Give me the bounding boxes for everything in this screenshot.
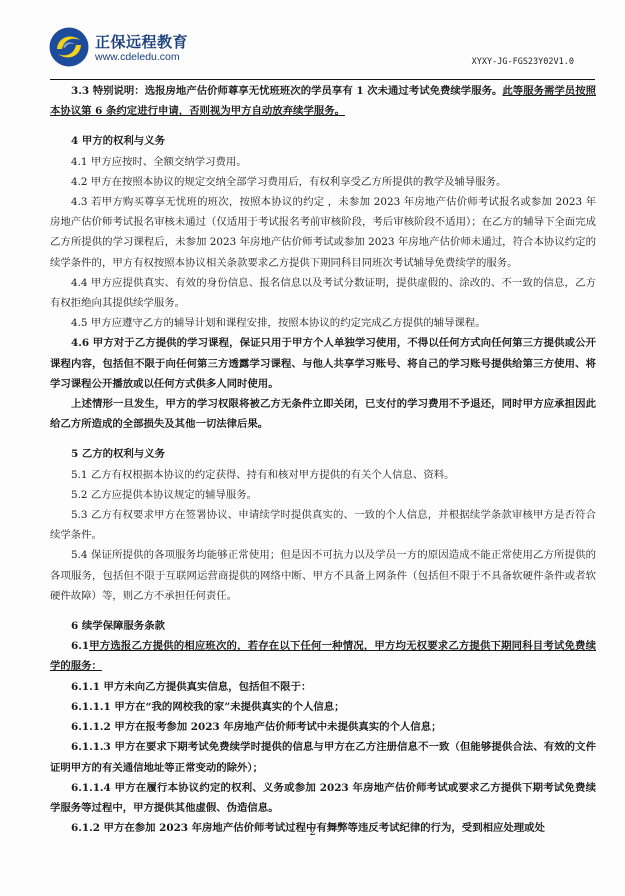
- cdeledu-logo-icon: [49, 27, 89, 67]
- clause-4-2: 4.2 甲方在按照本协议的规定交纳全部学习费用后，有权利享受乙方所提供的教学及辅…: [50, 172, 596, 192]
- section-6-title: 6 续学保障服务条款: [50, 616, 596, 636]
- clause-6-1: 6.1甲方选报乙方提供的相应班次的，若存在以下任何一种情况，甲方均无权要求乙方提…: [50, 636, 596, 676]
- page-header: 正保远程教育 www.cdeledu.com XYXY-JG-FGS23Y02V…: [47, 27, 602, 79]
- clause-6-1-1: 6.1.1 甲方未向乙方提供真实信息，包括但不限于：: [50, 677, 596, 697]
- header-divider: [50, 79, 595, 80]
- clause-6-1-1-2: 6.1.1.2 甲方在报考参加 2023 年房地产估价师考试中未提供真实的个人信…: [50, 717, 596, 737]
- clause-4-6: 4.6 甲方对于乙方提供的学习课程，保证只用于甲方个人单独学习使用，不得以任何方…: [50, 333, 596, 394]
- clause-4-6-consequence: 上述情形一旦发生，甲方的学习权限将被乙方无条件立即关闭，已支付的学习费用不予退还…: [50, 394, 596, 434]
- section-5-title: 5 乙方的权利与义务: [50, 444, 596, 464]
- clause-3-3: 3.3 特别说明：选报房地产估价师尊享无忧班班次的学员享有 1 次未通过考试免费…: [50, 81, 596, 121]
- clause-4-5: 4.5 甲方应遵守乙方的辅导计划和课程安排，按照本协议的约定完成乙方提供的辅导课…: [50, 313, 596, 333]
- clause-3-3-text: 3.3 特别说明：选报房地产估价师尊享无忧班班次的学员享有 1 次未通过考试免费…: [71, 85, 502, 97]
- clause-5-1: 5.1 乙方有权根据本协议的约定获得、持有和核对甲方提供的有关个人信息、资料。: [50, 465, 596, 485]
- clause-6-1-1-3: 6.1.1.3 甲方在要求下期考试免费续学时提供的信息与甲方在乙方注册信息不一致…: [50, 737, 596, 777]
- brand-name: 正保远程教育: [95, 31, 188, 52]
- document-code: XYXY-JG-FGS23Y02V1.0: [472, 57, 574, 67]
- clause-6-1-1-1: 6.1.1.1 甲方在“我的网校我的家”未提供真实的个人信息；: [50, 697, 596, 717]
- clause-4-1: 4.1 甲方应按时、全额交纳学习费用。: [50, 152, 596, 172]
- clause-6-1-number: 6.1: [71, 640, 89, 652]
- clause-5-3: 5.3 乙方有权要求甲方在签署协议、申请续学时提供真实的、一致的个人信息，并根据…: [50, 505, 596, 545]
- clause-6-1-underlined: 甲方选报乙方提供的相应班次的，若存在以下任何一种情况，甲方均无权要求乙方提供下期…: [50, 640, 596, 672]
- page-number: 2: [0, 827, 625, 838]
- section-4-title: 4 甲方的权利与义务: [50, 131, 596, 151]
- clause-5-4: 5.4 保证所提供的各项服务均能够正常使用；但是因不可抗力以及学员一方的原因造成…: [50, 545, 596, 606]
- clause-5-2: 5.2 乙方应提供本协议规定的辅导服务。: [50, 485, 596, 505]
- clause-4-4: 4.4 甲方应提供真实、有效的身份信息、报名信息以及考试分数证明，提供虚假的、涂…: [50, 273, 596, 313]
- clause-6-1-1-4: 6.1.1.4 甲方在履行本协议约定的权利、义务或参加 2023 年房地产估价师…: [50, 778, 596, 818]
- brand-url: www.cdeledu.com: [95, 51, 180, 63]
- clause-4-3: 4.3 若甲方购买尊享无忧班的班次，按照本协议的约定 ，未参加 2023 年房地…: [50, 192, 596, 273]
- document-body: 3.3 特别说明：选报房地产估价师尊享无忧班班次的学员享有 1 次未通过考试免费…: [50, 81, 596, 838]
